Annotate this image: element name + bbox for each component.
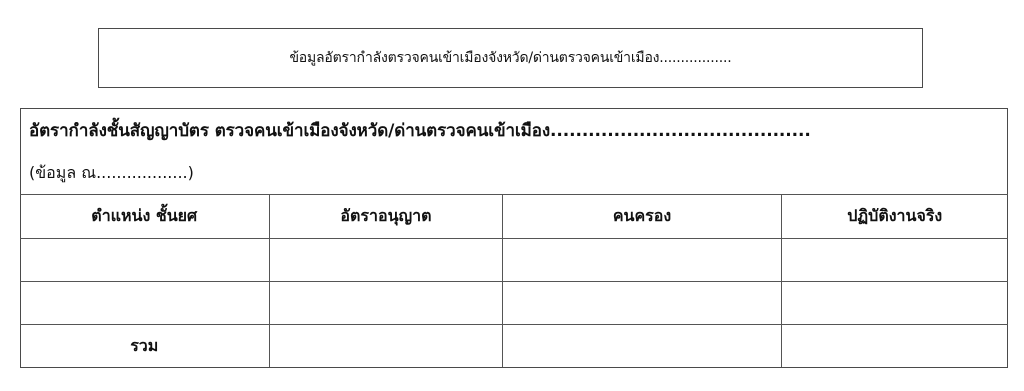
- table-cell[interactable]: [20, 239, 270, 282]
- table-header-row: ตำแหน่ง ชั้นยศ อัตราอนุญาต คนครอง ปฏิบัต…: [20, 195, 1008, 239]
- manpower-table: ตำแหน่ง ชั้นยศ อัตราอนุญาต คนครอง ปฏิบัต…: [20, 194, 1008, 367]
- table-cell[interactable]: [782, 325, 1008, 368]
- table-row: [20, 239, 1008, 282]
- table-total-row: รวม: [20, 325, 1008, 368]
- table-cell[interactable]: [782, 239, 1008, 282]
- table-cell[interactable]: [503, 239, 782, 282]
- document-title: ข้อมูลอัตรากำลังตรวจคนเข้าเมืองจังหวัด/ด…: [289, 47, 731, 69]
- column-header-occupied: คนครอง: [503, 195, 782, 239]
- table-cell[interactable]: [270, 239, 503, 282]
- column-header-position-rank: ตำแหน่ง ชั้นยศ: [20, 195, 270, 239]
- table-cell[interactable]: [270, 282, 503, 325]
- data-as-of-label: (ข้อมูล ณ..................): [29, 161, 194, 186]
- column-header-authorized: อัตราอนุญาต: [270, 195, 503, 239]
- table-cell[interactable]: [20, 282, 270, 325]
- table-cell[interactable]: [782, 282, 1008, 325]
- table-cell[interactable]: [270, 325, 503, 368]
- table-cell[interactable]: [503, 282, 782, 325]
- table-cell[interactable]: [503, 325, 782, 368]
- document-title-box: ข้อมูลอัตรากำลังตรวจคนเข้าเมืองจังหวัด/ด…: [98, 28, 923, 88]
- total-label: รวม: [20, 325, 270, 368]
- form-heading: อัตรากำลังชั้นสัญญาบัตร ตรวจคนเข้าเมืองจ…: [29, 117, 811, 144]
- column-header-actual-working: ปฏิบัติงานจริง: [782, 195, 1008, 239]
- manpower-form: อัตรากำลังชั้นสัญญาบัตร ตรวจคนเข้าเมืองจ…: [20, 108, 1008, 368]
- table-row: [20, 282, 1008, 325]
